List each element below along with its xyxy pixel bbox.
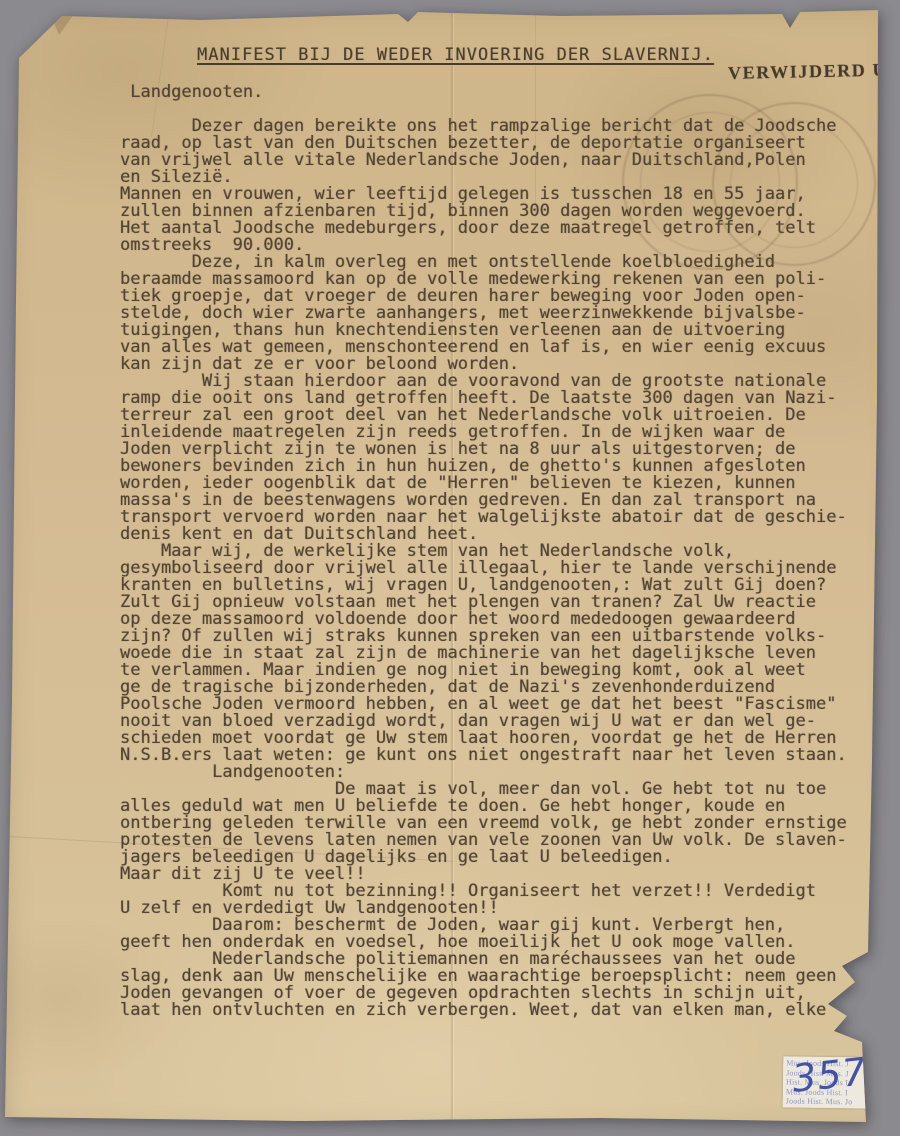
photo-background: MANIFEST BIJ DE WEDER INVOERING DER SLAV… (0, 0, 900, 1136)
document-title: MANIFEST BIJ DE WEDER INVOERING DER SLAV… (197, 46, 714, 64)
verwijderd-uit-stamp: VERWIJDERD UIT: (728, 59, 900, 84)
typewritten-body: Landgenooten. Dezer dagen bereikte ons h… (120, 84, 847, 1019)
manifest-page: MANIFEST BIJ DE WEDER INVOERING DER SLAV… (0, 0, 900, 1136)
catalog-number-handwritten: 357 (790, 1049, 870, 1101)
torn-corner-fold (0, 0, 90, 46)
paper-shadow-wrapper: MANIFEST BIJ DE WEDER INVOERING DER SLAV… (0, 0, 900, 1136)
